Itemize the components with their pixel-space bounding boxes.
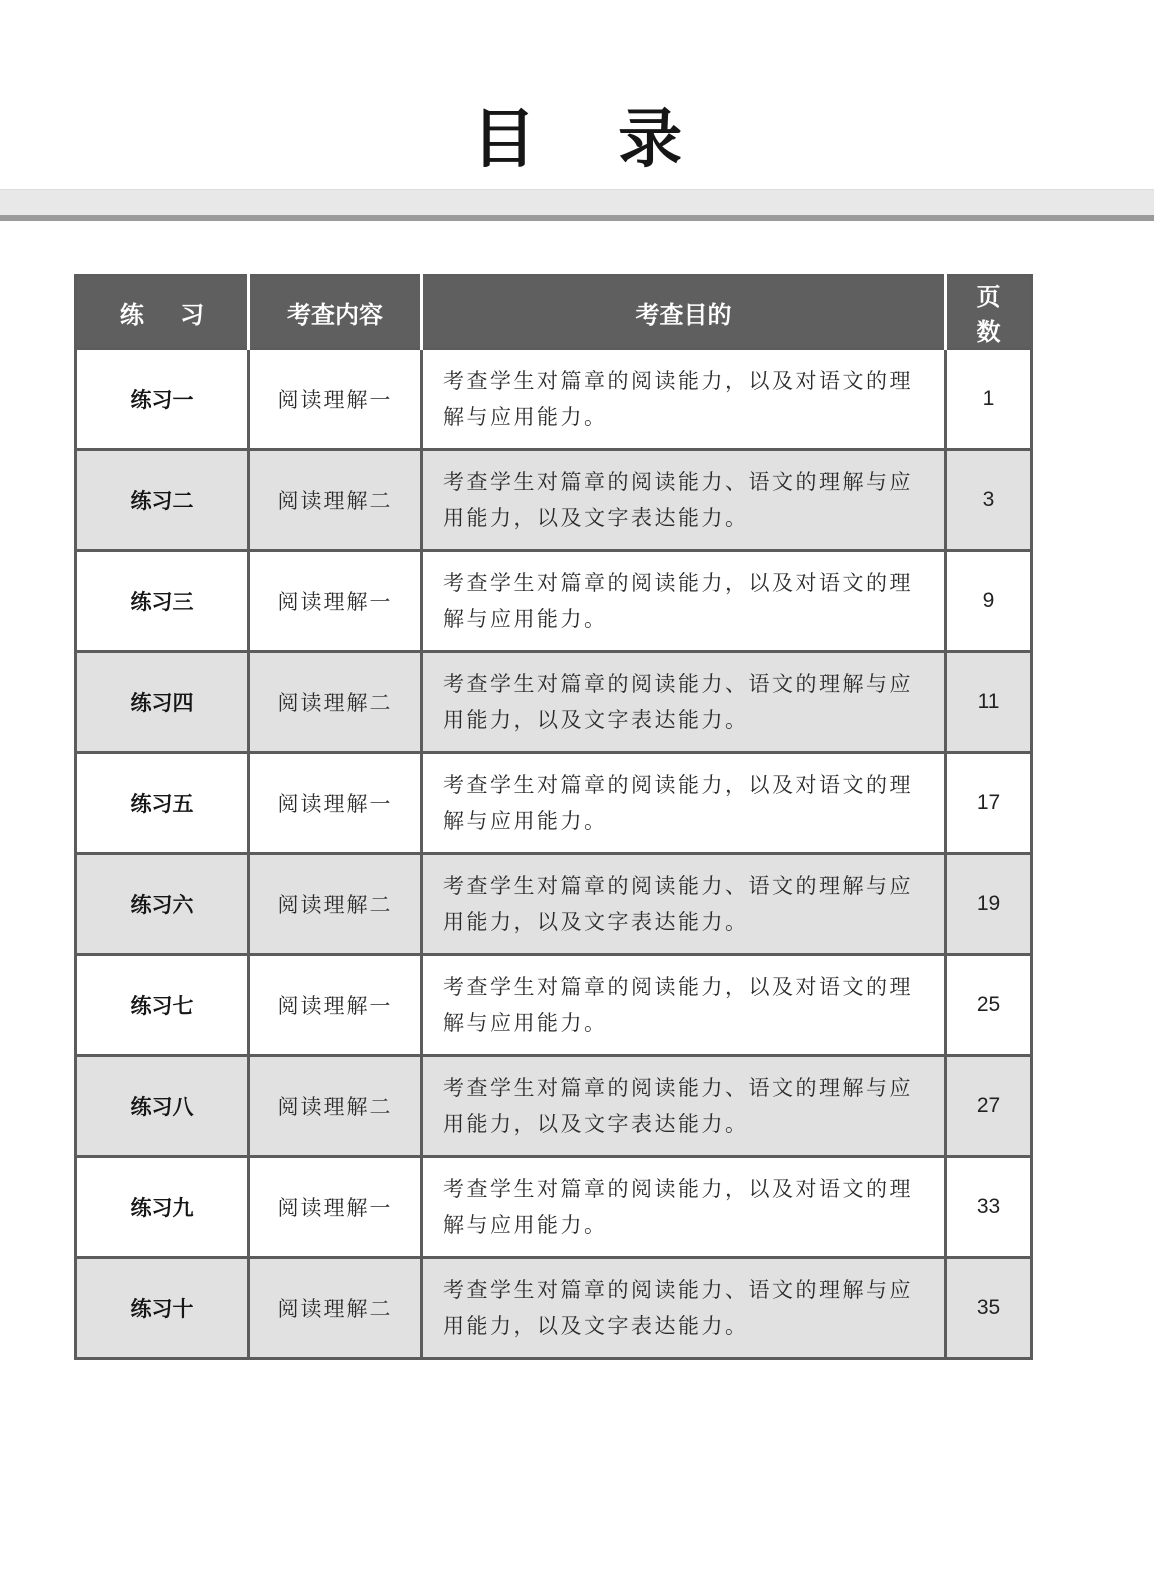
- table-header-row: 练 习 考查内容 考查目的 页 数: [76, 276, 1032, 349]
- page-number-cell: 11: [946, 652, 1032, 753]
- page-number-cell: 3: [946, 450, 1032, 551]
- exercise-cell: 练习五: [76, 753, 249, 854]
- header-purpose: 考查目的: [422, 276, 946, 349]
- exercise-cell: 练习三: [76, 551, 249, 652]
- exercise-cell: 练习一: [76, 349, 249, 450]
- page-number-cell: 33: [946, 1157, 1032, 1258]
- table-row: 练习十 阅读理解二 考查学生对篇章的阅读能力、语文的理解与应用能力，以及文字表达…: [76, 1258, 1032, 1359]
- table-row: 练习一 阅读理解一 考查学生对篇章的阅读能力，以及对语文的理解与应用能力。 1: [76, 349, 1032, 450]
- content-cell: 阅读理解一: [249, 955, 422, 1056]
- header-divider: [0, 215, 1154, 221]
- table-row: 练习八 阅读理解二 考查学生对篇章的阅读能力、语文的理解与应用能力，以及文字表达…: [76, 1056, 1032, 1157]
- page-number-cell: 1: [946, 349, 1032, 450]
- page-number-cell: 27: [946, 1056, 1032, 1157]
- content-cell: 阅读理解二: [249, 1258, 422, 1359]
- content-cell: 阅读理解二: [249, 854, 422, 955]
- header-exercise: 练 习: [76, 276, 249, 349]
- table-row: 练习三 阅读理解一 考查学生对篇章的阅读能力，以及对语文的理解与应用能力。 9: [76, 551, 1032, 652]
- table-row: 练习七 阅读理解一 考查学生对篇章的阅读能力，以及对语文的理解与应用能力。 25: [76, 955, 1032, 1056]
- purpose-cell: 考查学生对篇章的阅读能力，以及对语文的理解与应用能力。: [422, 753, 946, 854]
- table-row: 练习二 阅读理解二 考查学生对篇章的阅读能力、语文的理解与应用能力，以及文字表达…: [76, 450, 1032, 551]
- exercise-cell: 练习九: [76, 1157, 249, 1258]
- content-cell: 阅读理解二: [249, 652, 422, 753]
- content-cell: 阅读理解一: [249, 349, 422, 450]
- purpose-cell: 考查学生对篇章的阅读能力，以及对语文的理解与应用能力。: [422, 349, 946, 450]
- purpose-cell: 考查学生对篇章的阅读能力、语文的理解与应用能力，以及文字表达能力。: [422, 450, 946, 551]
- purpose-cell: 考查学生对篇章的阅读能力、语文的理解与应用能力，以及文字表达能力。: [422, 1056, 946, 1157]
- table-row: 练习九 阅读理解一 考查学生对篇章的阅读能力，以及对语文的理解与应用能力。 33: [76, 1157, 1032, 1258]
- exercise-cell: 练习四: [76, 652, 249, 753]
- content-cell: 阅读理解一: [249, 753, 422, 854]
- table-row: 练习六 阅读理解二 考查学生对篇章的阅读能力、语文的理解与应用能力，以及文字表达…: [76, 854, 1032, 955]
- purpose-cell: 考查学生对篇章的阅读能力，以及对语文的理解与应用能力。: [422, 1157, 946, 1258]
- purpose-cell: 考查学生对篇章的阅读能力，以及对语文的理解与应用能力。: [422, 955, 946, 1056]
- header-content: 考查内容: [249, 276, 422, 349]
- table-row: 练习四 阅读理解二 考查学生对篇章的阅读能力、语文的理解与应用能力，以及文字表达…: [76, 652, 1032, 753]
- table-row: 练习五 阅读理解一 考查学生对篇章的阅读能力，以及对语文的理解与应用能力。 17: [76, 753, 1032, 854]
- exercise-cell: 练习六: [76, 854, 249, 955]
- page-title: 目 录: [0, 100, 1154, 180]
- exercise-cell: 练习二: [76, 450, 249, 551]
- header-band: [0, 189, 1154, 216]
- page-number-cell: 25: [946, 955, 1032, 1056]
- page-number-cell: 9: [946, 551, 1032, 652]
- exercise-cell: 练习八: [76, 1056, 249, 1157]
- header-page: 页 数: [946, 276, 1032, 349]
- content-cell: 阅读理解一: [249, 1157, 422, 1258]
- page-number-cell: 17: [946, 753, 1032, 854]
- table-of-contents: 练 习 考查内容 考查目的 页 数 练习一 阅读理解一 考查学生对篇章的阅读能力…: [74, 274, 1033, 1360]
- purpose-cell: 考查学生对篇章的阅读能力、语文的理解与应用能力，以及文字表达能力。: [422, 1258, 946, 1359]
- exercise-cell: 练习七: [76, 955, 249, 1056]
- page-number-cell: 35: [946, 1258, 1032, 1359]
- content-cell: 阅读理解二: [249, 450, 422, 551]
- content-cell: 阅读理解二: [249, 1056, 422, 1157]
- content-cell: 阅读理解一: [249, 551, 422, 652]
- purpose-cell: 考查学生对篇章的阅读能力、语文的理解与应用能力，以及文字表达能力。: [422, 652, 946, 753]
- purpose-cell: 考查学生对篇章的阅读能力、语文的理解与应用能力，以及文字表达能力。: [422, 854, 946, 955]
- purpose-cell: 考查学生对篇章的阅读能力，以及对语文的理解与应用能力。: [422, 551, 946, 652]
- exercise-cell: 练习十: [76, 1258, 249, 1359]
- page-number-cell: 19: [946, 854, 1032, 955]
